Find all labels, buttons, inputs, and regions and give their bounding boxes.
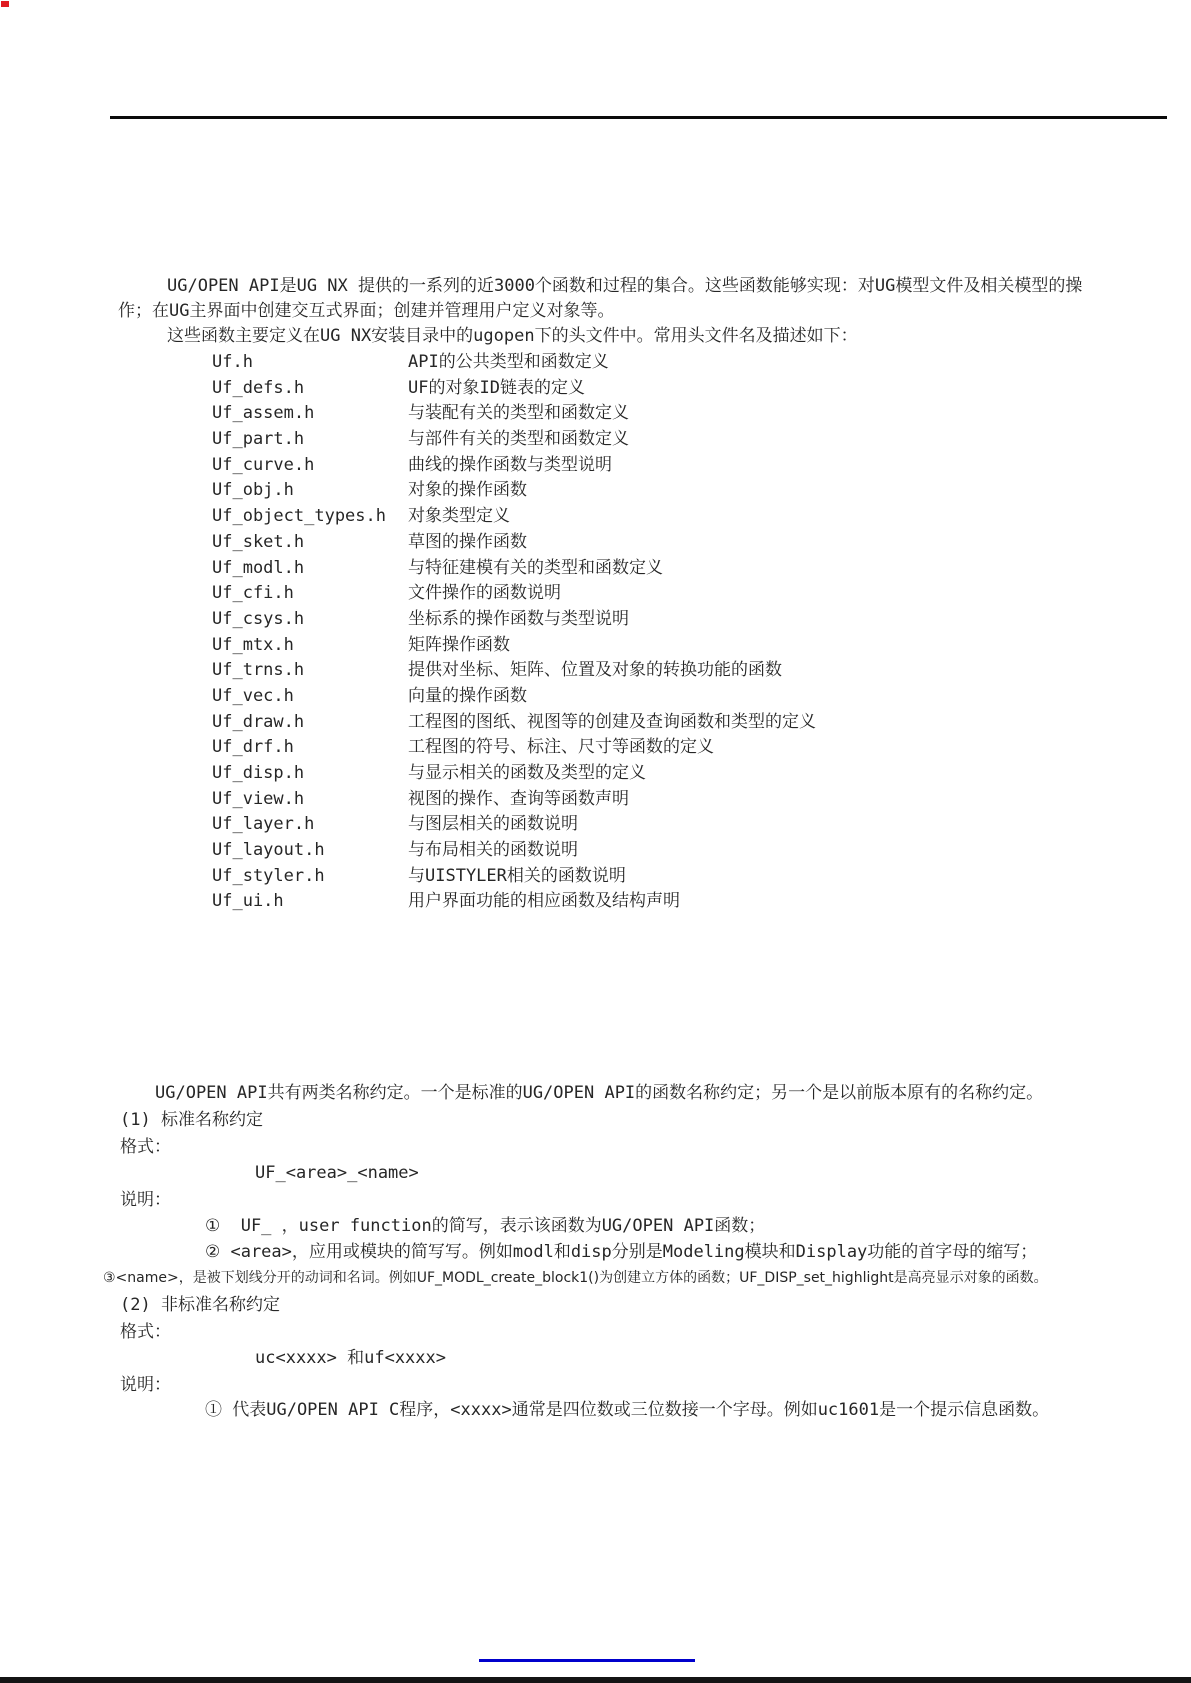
- header-file-desc: 与部件有关的类型和函数定义: [408, 430, 1103, 449]
- header-file-name: Uf_layout.h: [212, 841, 408, 860]
- top-horizontal-rule: [110, 116, 1167, 119]
- naming-convention-block: UG/OPEN API共有两类名称约定。一个是标准的UG/OPEN API的函数…: [103, 1075, 1165, 1435]
- header-file-row: Uf_layer.h 与图层相关的函数说明: [118, 815, 1103, 841]
- header-file-name: Uf_part.h: [212, 430, 408, 449]
- header-file-name: Uf_draw.h: [212, 713, 408, 732]
- header-file-name: Uf_view.h: [212, 790, 408, 809]
- header-file-desc: 矩阵操作函数: [408, 636, 1103, 655]
- header-file-row: Uf_layout.h 与布局相关的函数说明: [118, 841, 1103, 867]
- header-file-desc: 与显示相关的函数及类型的定义: [408, 764, 1103, 783]
- naming-format-code: UF_<area>_<name>: [255, 1163, 419, 1183]
- header-file-row: Uf_ui.h 用户界面功能的相应函数及结构声明: [118, 892, 1103, 918]
- naming-line: ③<name>，是被下划线分开的动词和名词。例如UF_MODL_create_b…: [103, 1270, 1048, 1287]
- header-file-desc: UF的对象ID链表的定义: [408, 379, 1103, 398]
- naming-line: ② <area>，应用或模块的简写写。例如modl和disp分别是Modelin…: [205, 1242, 1037, 1262]
- naming-line: 说明：: [120, 1375, 171, 1395]
- header-file-desc: 与特征建模有关的类型和函数定义: [408, 559, 1103, 578]
- header-file-desc: 与装配有关的类型和函数定义: [408, 404, 1103, 423]
- header-file-desc: 草图的操作函数: [408, 533, 1103, 552]
- header-file-row: Uf.h API的公共类型和函数定义: [118, 353, 1103, 379]
- intro-paragraph-line: 作；在UG主界面中创建交互式界面；创建并管理用户定义对象等。: [118, 301, 614, 321]
- header-file-name: Uf_assem.h: [212, 404, 408, 423]
- document-page: UG/OPEN API是UG NX 提供的一系列的近3000个函数和过程的集合。…: [0, 0, 1191, 1683]
- naming-line: 说明：: [120, 1190, 171, 1210]
- header-file-row: Uf_draw.h 工程图的图纸、视图等的创建及查询函数和类型的定义: [118, 713, 1103, 739]
- intro-paragraph-line: 这些函数主要定义在UG NX安装目录中的ugopen下的头文件中。常用头文件名及…: [167, 326, 858, 346]
- header-file-desc: 与图层相关的函数说明: [408, 815, 1103, 834]
- header-file-name: Uf_object_types.h: [212, 507, 408, 526]
- header-file-name: Uf.h: [212, 353, 408, 372]
- header-file-name: Uf_csys.h: [212, 610, 408, 629]
- header-file-desc: 用户界面功能的相应函数及结构声明: [408, 892, 1103, 911]
- header-file-row: Uf_modl.h 与特征建模有关的类型和函数定义: [118, 559, 1103, 585]
- header-file-desc: 曲线的操作函数与类型说明: [408, 456, 1103, 475]
- header-file-row: Uf_disp.h 与显示相关的函数及类型的定义: [118, 764, 1103, 790]
- header-file-row: Uf_object_types.h 对象类型定义: [118, 507, 1103, 533]
- footer-edge-bar: [0, 1677, 1191, 1683]
- header-file-row: Uf_sket.h 草图的操作函数: [118, 533, 1103, 559]
- header-file-desc: 提供对坐标、矩阵、位置及对象的转换功能的函数: [408, 661, 1103, 680]
- header-file-name: Uf_drf.h: [212, 738, 408, 757]
- naming-line: ① 代表UG/OPEN API C程序，<xxxx>通常是四位数或三位数接一个字…: [205, 1400, 1049, 1420]
- header-file-name: Uf_ui.h: [212, 892, 408, 911]
- header-file-name: Uf_styler.h: [212, 867, 408, 886]
- header-file-row: Uf_trns.h 提供对坐标、矩阵、位置及对象的转换功能的函数: [118, 661, 1103, 687]
- header-file-desc: 与UISTYLER相关的函数说明: [408, 867, 1103, 886]
- intro-paragraph-line: UG/OPEN API是UG NX 提供的一系列的近3000个函数和过程的集合。…: [167, 276, 1082, 296]
- header-file-row: Uf_defs.h UF的对象ID链表的定义: [118, 379, 1103, 405]
- naming-format-code: uc<xxxx> 和uf<xxxx>: [255, 1348, 446, 1368]
- naming-line: 格式：: [120, 1137, 171, 1157]
- header-file-row: Uf_cfi.h 文件操作的函数说明: [118, 584, 1103, 610]
- header-file-row: Uf_styler.h 与UISTYLER相关的函数说明: [118, 867, 1103, 893]
- header-file-row: Uf_assem.h 与装配有关的类型和函数定义: [118, 404, 1103, 430]
- naming-line: (1) 标准名称约定: [120, 1110, 263, 1130]
- footer-link-underline[interactable]: [479, 1659, 695, 1662]
- header-file-desc: 工程图的图纸、视图等的创建及查询函数和类型的定义: [408, 713, 1103, 732]
- header-file-desc: API的公共类型和函数定义: [408, 353, 1103, 372]
- header-file-name: Uf_obj.h: [212, 481, 408, 500]
- header-file-name: Uf_curve.h: [212, 456, 408, 475]
- header-file-row: Uf_view.h 视图的操作、查询等函数声明: [118, 790, 1103, 816]
- page-corner-marker: [1, 1, 9, 7]
- header-file-row: Uf_mtx.h 矩阵操作函数: [118, 636, 1103, 662]
- header-file-desc: 向量的操作函数: [408, 687, 1103, 706]
- header-file-row: Uf_vec.h 向量的操作函数: [118, 687, 1103, 713]
- naming-line: ① UF_ ，user function的简写，表示该函数为UG/OPEN AP…: [205, 1216, 765, 1236]
- header-file-desc: 对象类型定义: [408, 507, 1103, 526]
- header-file-row: Uf_part.h 与部件有关的类型和函数定义: [118, 430, 1103, 456]
- header-file-desc: 工程图的符号、标注、尺寸等函数的定义: [408, 738, 1103, 757]
- header-file-desc: 视图的操作、查询等函数声明: [408, 790, 1103, 809]
- api-intro-block: UG/OPEN API是UG NX 提供的一系列的近3000个函数和过程的集合。…: [118, 269, 1103, 929]
- header-file-desc: 与布局相关的函数说明: [408, 841, 1103, 860]
- header-file-desc: 对象的操作函数: [408, 481, 1103, 500]
- header-file-list: Uf.h API的公共类型和函数定义 Uf_defs.h UF的对象ID链表的定…: [118, 353, 1103, 918]
- header-file-name: Uf_disp.h: [212, 764, 408, 783]
- header-file-name: Uf_mtx.h: [212, 636, 408, 655]
- header-file-name: Uf_sket.h: [212, 533, 408, 552]
- naming-line: (2) 非标准名称约定: [120, 1295, 280, 1315]
- header-file-name: Uf_modl.h: [212, 559, 408, 578]
- header-file-row: Uf_drf.h 工程图的符号、标注、尺寸等函数的定义: [118, 738, 1103, 764]
- header-file-row: Uf_csys.h 坐标系的操作函数与类型说明: [118, 610, 1103, 636]
- header-file-row: Uf_obj.h 对象的操作函数: [118, 481, 1103, 507]
- header-file-row: Uf_curve.h 曲线的操作函数与类型说明: [118, 456, 1103, 482]
- header-file-desc: 坐标系的操作函数与类型说明: [408, 610, 1103, 629]
- naming-line: 格式：: [120, 1322, 171, 1342]
- header-file-name: Uf_trns.h: [212, 661, 408, 680]
- header-file-name: Uf_cfi.h: [212, 584, 408, 603]
- header-file-name: Uf_vec.h: [212, 687, 408, 706]
- header-file-name: Uf_layer.h: [212, 815, 408, 834]
- naming-line: UG/OPEN API共有两类名称约定。一个是标准的UG/OPEN API的函数…: [155, 1083, 1043, 1103]
- header-file-name: Uf_defs.h: [212, 379, 408, 398]
- header-file-desc: 文件操作的函数说明: [408, 584, 1103, 603]
